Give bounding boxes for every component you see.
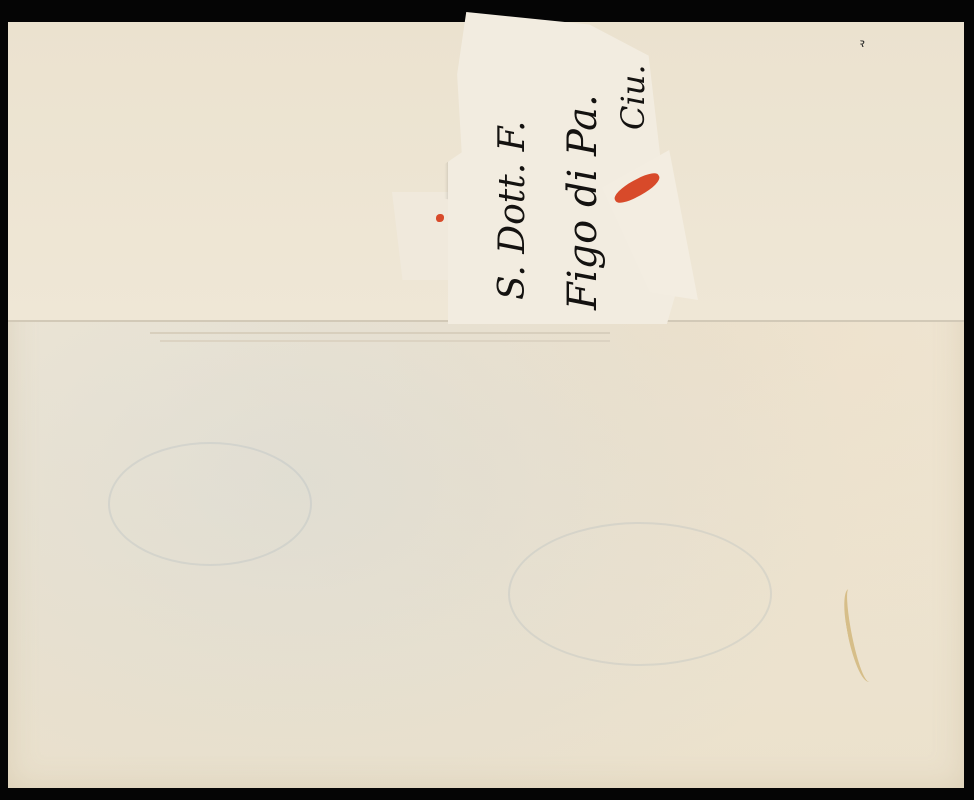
red-wax-seal-remnant [436, 214, 444, 222]
handwritten-address-line: Figo di Pa. [560, 94, 606, 310]
handwritten-address-line: S. Dott. F. [492, 121, 533, 300]
handwritten-address-line: Ciu. [614, 65, 652, 131]
fold-crease [160, 340, 610, 342]
show-through-ink [508, 522, 772, 666]
show-through-ink [108, 442, 312, 566]
docket-mark: ꝛ [858, 34, 864, 51]
fold-crease [150, 332, 610, 334]
